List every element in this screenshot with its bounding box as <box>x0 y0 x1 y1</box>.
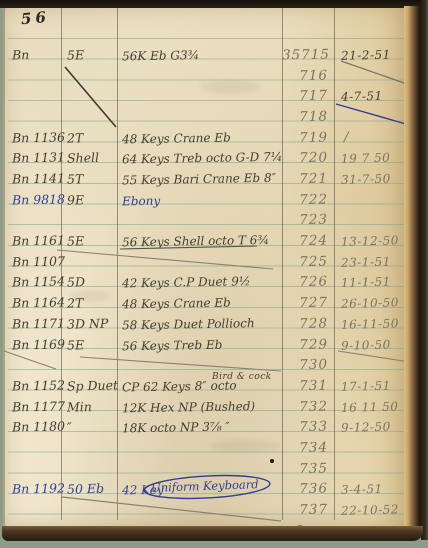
row-serial: 730 <box>282 355 328 376</box>
row-serial: 725 <box>282 251 328 272</box>
page-number: 56 <box>20 8 50 28</box>
book-bottom-edge <box>2 526 423 541</box>
row-model: ″ <box>67 417 120 438</box>
ledger-row: Bn 119250 Eb42 Key7363-4-51Uniform Keybo… <box>0 479 428 500</box>
row-serial: 723 <box>282 210 328 231</box>
ledger-row: Bn 11615E56 Keys Shell octo T 6¾72413-12… <box>0 231 428 252</box>
row-model: Sp Duet <box>67 375 120 396</box>
ledger-row: Bn 11713D NP58 Keys Duet Pollioch72816-1… <box>0 314 428 335</box>
row-serial: 719 <box>282 127 328 148</box>
row-serial: 727 <box>282 293 328 314</box>
ledger-row: Bn 11545D42 Keys C.P Duet 9½72611-1-51 <box>0 272 428 293</box>
row-description: 56 Keys Shell octo T 6¾ <box>122 230 286 253</box>
book-right-edge <box>421 0 428 540</box>
ledger-row: 73722-10-52 <box>0 500 428 521</box>
row-serial: 35715 <box>282 45 328 66</box>
row-id: Bn 1141 <box>12 169 64 190</box>
row-model: 5E <box>67 230 120 251</box>
row-date: 9-12-50 <box>341 416 408 438</box>
row-model: 2T <box>67 292 120 313</box>
ledger-row: Bn 98189EEbony722 <box>0 190 428 211</box>
row-id: Bn 1169 <box>12 334 64 355</box>
row-description: 18K octo NP 3⅞ ″ <box>122 416 286 439</box>
row-model: 2T <box>67 127 120 148</box>
row-serial: 729 <box>282 334 328 355</box>
row-id: Bn 1107 <box>12 251 64 272</box>
row-description: 48 Keys Crane Eb <box>122 292 286 315</box>
row-serial: 733 <box>282 417 328 438</box>
book-top-edge <box>0 0 428 8</box>
row-serial: 735 <box>282 458 328 479</box>
scanned-ledger-page: 56 Bn5E56K Eb G3¾3571521-2-517167174-7-5… <box>0 0 428 548</box>
row-description: 56 Keys Treb Eb <box>122 333 286 356</box>
row-description: 58 Keys Duet Pollioch <box>122 312 286 335</box>
row-id: Bn 1180 <box>12 417 64 438</box>
row-model: 5E <box>67 44 120 65</box>
row-serial: 716 <box>282 65 328 86</box>
row-id: Bn 1177 <box>12 396 64 417</box>
row-date: 23-1-51 <box>341 251 408 273</box>
row-id: Bn 1161 <box>12 231 64 252</box>
row-description: 56K Eb G3¾ <box>122 44 286 67</box>
ledger-row: Bn5E56K Eb G3¾3571521-2-51 <box>0 45 428 66</box>
row-serial: 717 <box>282 86 328 107</box>
row-date: 22-10-52 <box>341 499 408 521</box>
row-serial: 731 <box>282 375 328 396</box>
row-id: Bn 9818 <box>12 189 64 210</box>
row-id: Bn 1171 <box>12 313 64 334</box>
row-model: 9E <box>67 189 120 210</box>
row-description: 55 Keys Bari Crane Eb 8″ <box>122 168 286 191</box>
row-serial: 736 <box>282 479 328 500</box>
row-description: 42 Keys C.P Duet 9½ <box>122 271 286 294</box>
row-id: Bn 1131 <box>12 148 64 169</box>
ledger-row: Bn 1131Shell64 Keys Treb octo G-D 7¼7201… <box>0 148 428 169</box>
row-serial: 718 <box>282 107 328 128</box>
ledger-row: 7174-7-51 <box>0 86 428 107</box>
row-date: 16 11 50 <box>341 396 408 418</box>
row-date: 11-1-51 <box>341 272 408 294</box>
ledger-row: 716 <box>0 66 428 87</box>
row-serial: 728 <box>282 313 328 334</box>
row-description-circled: Uniform Keyboard <box>151 474 259 498</box>
row-id: Bn 1152 <box>12 375 64 396</box>
row-date: 31-7-50 <box>341 168 408 190</box>
row-id: Bn 1136 <box>12 127 64 148</box>
row-id: Bn <box>12 45 64 66</box>
row-model: Shell <box>67 148 120 169</box>
row-serial: 724 <box>282 231 328 252</box>
row-date: 13-12-50 <box>341 230 408 252</box>
page-stack-edge <box>404 6 422 532</box>
row-date: 19 7 50 <box>341 148 408 170</box>
ledger-row: 718 <box>0 107 428 128</box>
row-date: 16-11-50 <box>341 313 408 335</box>
row-id: Bn 1164 <box>12 293 64 314</box>
row-serial: 721 <box>282 169 328 190</box>
row-model: Min <box>67 396 120 417</box>
ledger-row: Bn 1180″18K octo NP 3⅞ ″7339-12-50 <box>0 417 428 438</box>
ledger-row: Bn 11642T48 Keys Crane Eb72726-10-50 <box>0 293 428 314</box>
ledger-row: 734 <box>0 438 428 459</box>
row-id: Bn 1154 <box>12 272 64 293</box>
row-model: 5D <box>67 272 120 293</box>
row-description: Ebony <box>122 188 286 211</box>
row-serial: 732 <box>282 396 328 417</box>
ledger-row: Bn 110772523-1-51 <box>0 252 428 273</box>
row-serial: 734 <box>282 438 328 459</box>
row-id: Bn 1192 <box>12 479 64 500</box>
row-description: 64 Keys Treb octo G-D 7¼ <box>122 147 286 170</box>
ledger-row: Bn 11695E56 Keys Treb Eb7299-10-50 <box>0 335 428 356</box>
ledger-row: 723 <box>0 210 428 231</box>
ledger-row: Bn 1152Sp DuetCP 62 Keys 8″ octo73117-1-… <box>0 376 428 397</box>
row-date: 17-1-51 <box>341 375 408 397</box>
row-annotation: Bird & cock <box>212 367 272 387</box>
ledger-row: Bn 11415T55 Keys Bari Crane Eb 8″72131-7… <box>0 169 428 190</box>
row-serial: 726 <box>282 272 328 293</box>
row-date: 3-4-51 <box>341 478 408 500</box>
row-model: 50 Eb <box>67 479 120 500</box>
row-serial: 722 <box>282 189 328 210</box>
row-date: 9-10-50 <box>341 334 408 356</box>
row-date: 26-10-50 <box>341 292 408 314</box>
row-model: 5E <box>67 334 120 355</box>
ledger-row: Bn 1177Min12K Hex NP (Bushed)73216 11 50 <box>0 397 428 418</box>
row-description: 48 Keys Crane Eb <box>122 126 286 149</box>
row-description: 12K Hex NP (Bushed) <box>122 395 286 418</box>
row-serial: 720 <box>282 148 328 169</box>
row-model: 3D NP <box>67 313 120 334</box>
row-date: 21-2-51 <box>341 44 408 66</box>
row-model: 5T <box>67 168 120 189</box>
check-mark: / <box>344 128 364 148</box>
ledger-row: Bn 11362T48 Keys Crane Eb719/ <box>0 128 428 149</box>
row-date: 4-7-51 <box>341 85 408 107</box>
row-serial: 737 <box>282 500 328 521</box>
